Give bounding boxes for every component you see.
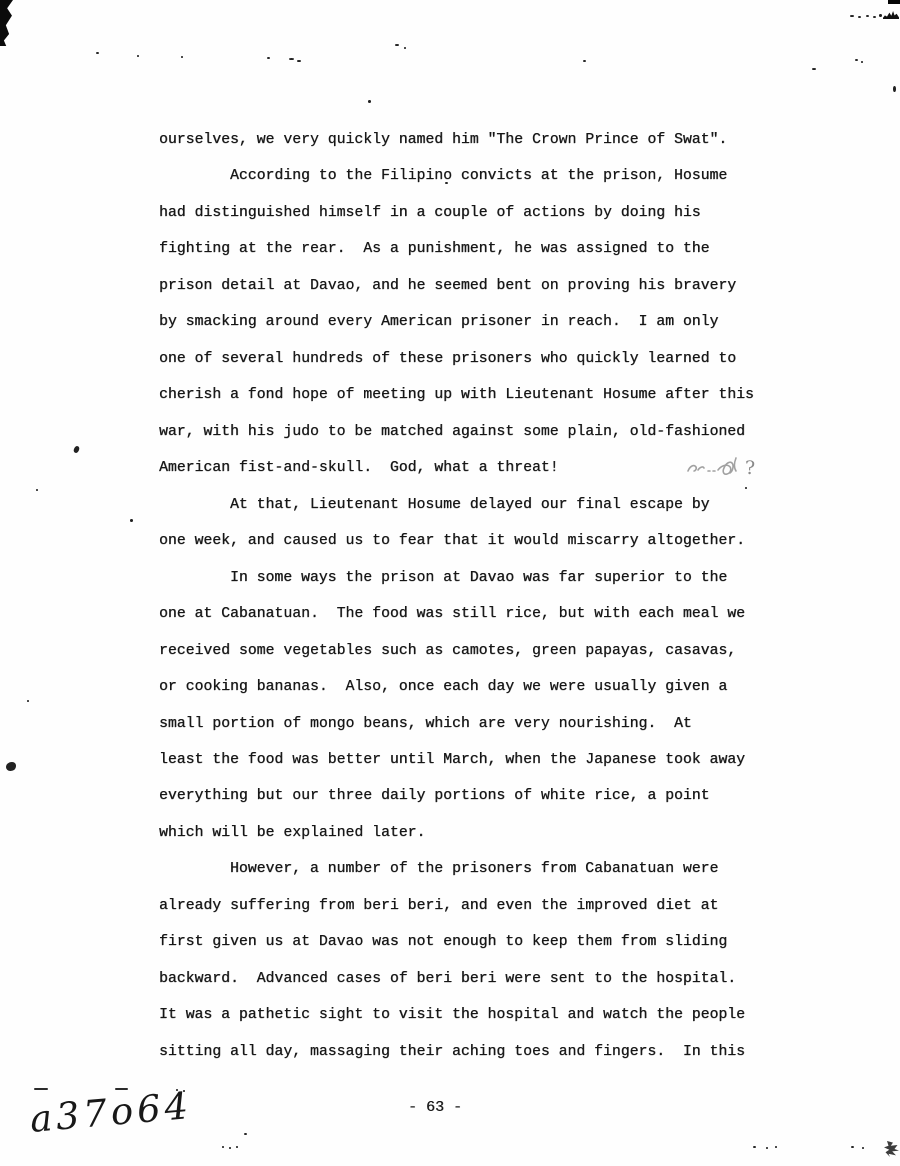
typewritten-line: ourselves, we very quickly named him "Th… bbox=[159, 122, 819, 158]
typewritten-line: one at Cabanatuan. The food was still ri… bbox=[159, 596, 819, 632]
scan-speck bbox=[297, 60, 301, 62]
handwritten-document-number: a37o64 bbox=[28, 1084, 194, 1141]
page-number: - 63 - bbox=[408, 1099, 462, 1116]
pencil-scribble bbox=[688, 458, 736, 474]
typewritten-text-block: ourselves, we very quickly named him "Th… bbox=[159, 122, 819, 1070]
scan-speck bbox=[851, 1146, 854, 1148]
scan-speck bbox=[866, 15, 869, 17]
scan-speck bbox=[861, 61, 863, 63]
typewritten-line: fighting at the rear. As a punishment, h… bbox=[159, 231, 819, 267]
scan-speck bbox=[229, 1147, 231, 1149]
scan-speck bbox=[753, 1146, 756, 1148]
scan-speck bbox=[181, 56, 183, 58]
scan-speck bbox=[36, 489, 38, 491]
typewritten-line: received some vegetables such as camotes… bbox=[159, 633, 819, 669]
scan-speck bbox=[893, 86, 896, 92]
typewritten-line: sitting all day, massaging their aching … bbox=[159, 1034, 819, 1070]
scan-speck bbox=[73, 445, 80, 453]
scan-speck bbox=[6, 762, 16, 771]
typewritten-line: which will be explained later. bbox=[159, 815, 819, 851]
scan-speck bbox=[873, 16, 876, 18]
pencil-dash bbox=[34, 1088, 48, 1090]
scan-speck bbox=[137, 55, 139, 57]
scan-speck bbox=[583, 60, 586, 62]
typewritten-line: one week, and caused us to fear that it … bbox=[159, 523, 819, 559]
scan-speck bbox=[850, 15, 854, 17]
typewritten-line: prison detail at Davao, and he seemed be… bbox=[159, 268, 819, 304]
pencil-question-mark: ? bbox=[745, 457, 755, 479]
scan-speck bbox=[858, 16, 861, 18]
scan-speck bbox=[404, 47, 406, 49]
scan-speck bbox=[96, 52, 99, 54]
scan-smudge bbox=[883, 11, 899, 19]
scan-smudge bbox=[884, 1141, 899, 1157]
typewritten-line: had distinguished himself in a couple of… bbox=[159, 195, 819, 231]
scan-speck bbox=[395, 44, 399, 46]
scan-speck bbox=[775, 1146, 777, 1148]
scan-speck bbox=[222, 1146, 224, 1148]
typewritten-line: by smacking around every American prison… bbox=[159, 304, 819, 340]
typewritten-line: small portion of mongo beans, which are … bbox=[159, 706, 819, 742]
torn-corner-mark bbox=[0, 0, 13, 46]
typewritten-line: In some ways the prison at Davao was far… bbox=[159, 560, 819, 596]
typewritten-line: war, with his judo to be matched against… bbox=[159, 414, 819, 450]
typewritten-line: According to the Filipino convicts at th… bbox=[159, 158, 819, 194]
typewritten-line: However, a number of the prisoners from … bbox=[159, 851, 819, 887]
typewritten-line: first given us at Davao was not enough t… bbox=[159, 924, 819, 960]
typewritten-line: At that, Lieutenant Hosume delayed our f… bbox=[159, 487, 819, 523]
typewritten-line: cherish a fond hope of meeting up with L… bbox=[159, 377, 819, 413]
pencil-annotation: ? bbox=[684, 446, 766, 490]
scan-speck bbox=[368, 100, 371, 103]
typewritten-line: everything but our three daily portions … bbox=[159, 778, 819, 814]
scan-edge-bar bbox=[888, 0, 900, 4]
scan-speck bbox=[236, 1146, 238, 1148]
scan-speck bbox=[267, 57, 270, 59]
typewritten-line: It was a pathetic sight to visit the hos… bbox=[159, 997, 819, 1033]
scanned-document-page: ourselves, we very quickly named him "Th… bbox=[0, 0, 900, 1166]
scan-speck bbox=[244, 1133, 247, 1135]
scan-speck bbox=[879, 14, 882, 17]
typewritten-line: or cooking bananas. Also, once each day … bbox=[159, 669, 819, 705]
typewritten-line: one of several hundreds of these prisone… bbox=[159, 341, 819, 377]
typewritten-line: least the food was better until March, w… bbox=[159, 742, 819, 778]
scan-speck bbox=[289, 58, 294, 60]
scan-speck bbox=[766, 1147, 768, 1149]
scan-speck bbox=[130, 519, 133, 522]
scan-speck bbox=[862, 1147, 864, 1149]
scan-speck bbox=[27, 700, 29, 702]
typewritten-line: already suffering from beri beri, and ev… bbox=[159, 888, 819, 924]
scan-speck bbox=[812, 68, 816, 70]
typewritten-line: backward. Advanced cases of beri beri we… bbox=[159, 961, 819, 997]
scan-speck bbox=[855, 59, 858, 61]
